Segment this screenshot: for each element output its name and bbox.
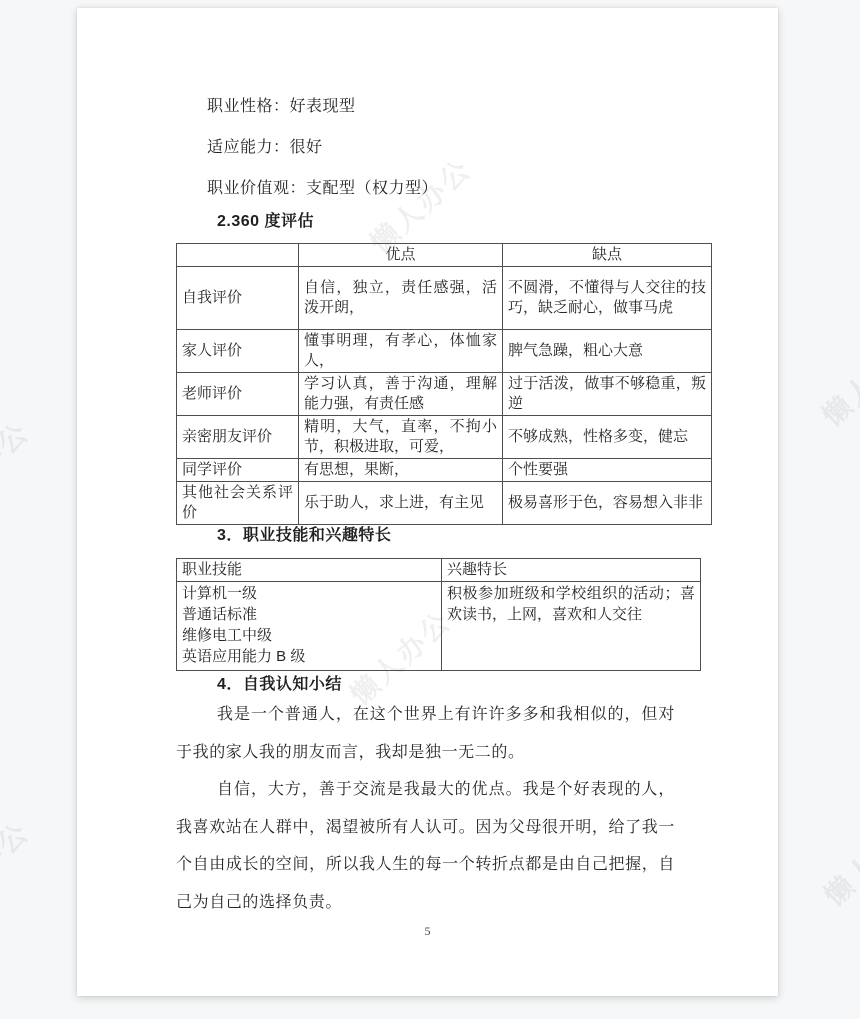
table-row: 家人评价 懂事明理，有孝心，体恤家人， 脾气急躁，粗心大意 [177,330,712,373]
cons-cell: 不够成熟，性格多变，健忘 [503,416,712,459]
pros-cell: 懂事明理，有孝心，体恤家人， [299,330,503,373]
row-label-cell: 老师评价 [177,373,299,416]
table-row: 老师评价 学习认真，善于沟通，理解能力强，有责任感 过于活泼，做事不够稳重，叛逆 [177,373,712,416]
watermark-text: 懒人办公 [815,802,860,915]
header-skills-cell: 职业技能 [177,559,442,582]
row-label-cell: 同学评价 [177,459,299,482]
profile-summary: 职业性格：好表现型 适应能力：很好 职业价值观：支配型（权力型） [207,96,438,219]
evaluation-table: 优点 缺点 自我评价 自信，独立，责任感强，活泼开朗， 不圆滑，不懂得与人交往的… [176,243,712,525]
interests-cell: 积极参加班级和学校组织的活动；喜欢读书，上网，喜欢和人交往 [442,582,701,671]
pros-cell: 学习认真，善于沟通，理解能力强，有责任感 [299,373,503,416]
page-number: 5 [77,924,778,939]
cons-cell: 不圆滑，不懂得与人交往的技巧，缺乏耐心，做事马虎 [503,267,712,330]
career-personality-line: 职业性格：好表现型 [207,96,438,137]
skill-item: 维修电工中级 [182,625,436,646]
skills-cell: 计算机一级 普通话标准 维修电工中级 英语应用能力 B 级 [177,582,442,671]
pros-cell: 精明，大气，直率，不拘小节，积极进取，可爱， [299,416,503,459]
summary-paragraph: 自信，大方，善于交流是我最大的优点。我是个好表现的人，我喜欢站在人群中，渴望被所… [176,771,675,921]
cons-cell: 极易喜形于色，容易想入非非 [503,482,712,525]
table-row: 其他社会关系评价 乐于助人，求上进，有主见 极易喜形于色，容易想入非非 [177,482,712,525]
header-pros-cell: 优点 [299,244,503,267]
section-heading-360-evaluation: 2.360 度评估 [217,213,314,231]
row-label-cell: 亲密朋友评价 [177,416,299,459]
self-summary-text: 我是一个普通人，在这个世界上有许许多多和我相似的，但对于我的家人我的朋友而言，我… [176,696,675,921]
table-row: 自我评价 自信，独立，责任感强，活泼开朗， 不圆滑，不懂得与人交往的技巧，缺乏耐… [177,267,712,330]
header-interests-cell: 兴趣特长 [442,559,701,582]
pros-cell: 自信，独立，责任感强，活泼开朗， [299,267,503,330]
cons-cell: 过于活泼，做事不够稳重，叛逆 [503,373,712,416]
watermark-text: 懒人办公 [813,322,860,435]
row-label-cell: 家人评价 [177,330,299,373]
row-label-cell: 自我评价 [177,267,299,330]
summary-paragraph: 我是一个普通人，在这个世界上有许许多多和我相似的，但对于我的家人我的朋友而言，我… [176,696,675,771]
row-label-cell: 其他社会关系评价 [177,482,299,525]
table-row: 亲密朋友评价 精明，大气，直率，不拘小节，积极进取，可爱， 不够成熟，性格多变，… [177,416,712,459]
document-page: 懒人办公 懒人办公 职业性格：好表现型 适应能力：很好 职业价值观：支配型（权力… [77,8,778,996]
skill-item: 普通话标准 [182,604,436,625]
section-heading-self-summary: 4．自我认知小结 [217,676,342,694]
skill-item: 计算机一级 [182,583,436,604]
watermark-text: 懒人办公 [0,412,37,525]
skills-interests-table: 职业技能 兴趣特长 计算机一级 普通话标准 维修电工中级 英语应用能力 B 级 … [176,558,701,671]
table-row: 计算机一级 普通话标准 维修电工中级 英语应用能力 B 级 积极参加班级和学校组… [177,582,701,671]
cons-cell: 个性要强 [503,459,712,482]
adaptability-line: 适应能力：很好 [207,137,438,178]
skill-item: 英语应用能力 B 级 [182,646,436,667]
header-cons-cell: 缺点 [503,244,712,267]
section-heading-skills-interests: 3．职业技能和兴趣特长 [217,527,391,545]
table-row: 同学评价 有思想，果断， 个性要强 [177,459,712,482]
pros-cell: 乐于助人，求上进，有主见 [299,482,503,525]
table-header-row: 优点 缺点 [177,244,712,267]
cons-cell: 脾气急躁，粗心大意 [503,330,712,373]
watermark-text: 懒人办公 [0,812,37,925]
header-empty-cell [177,244,299,267]
pros-cell: 有思想，果断， [299,459,503,482]
table-header-row: 职业技能 兴趣特长 [177,559,701,582]
